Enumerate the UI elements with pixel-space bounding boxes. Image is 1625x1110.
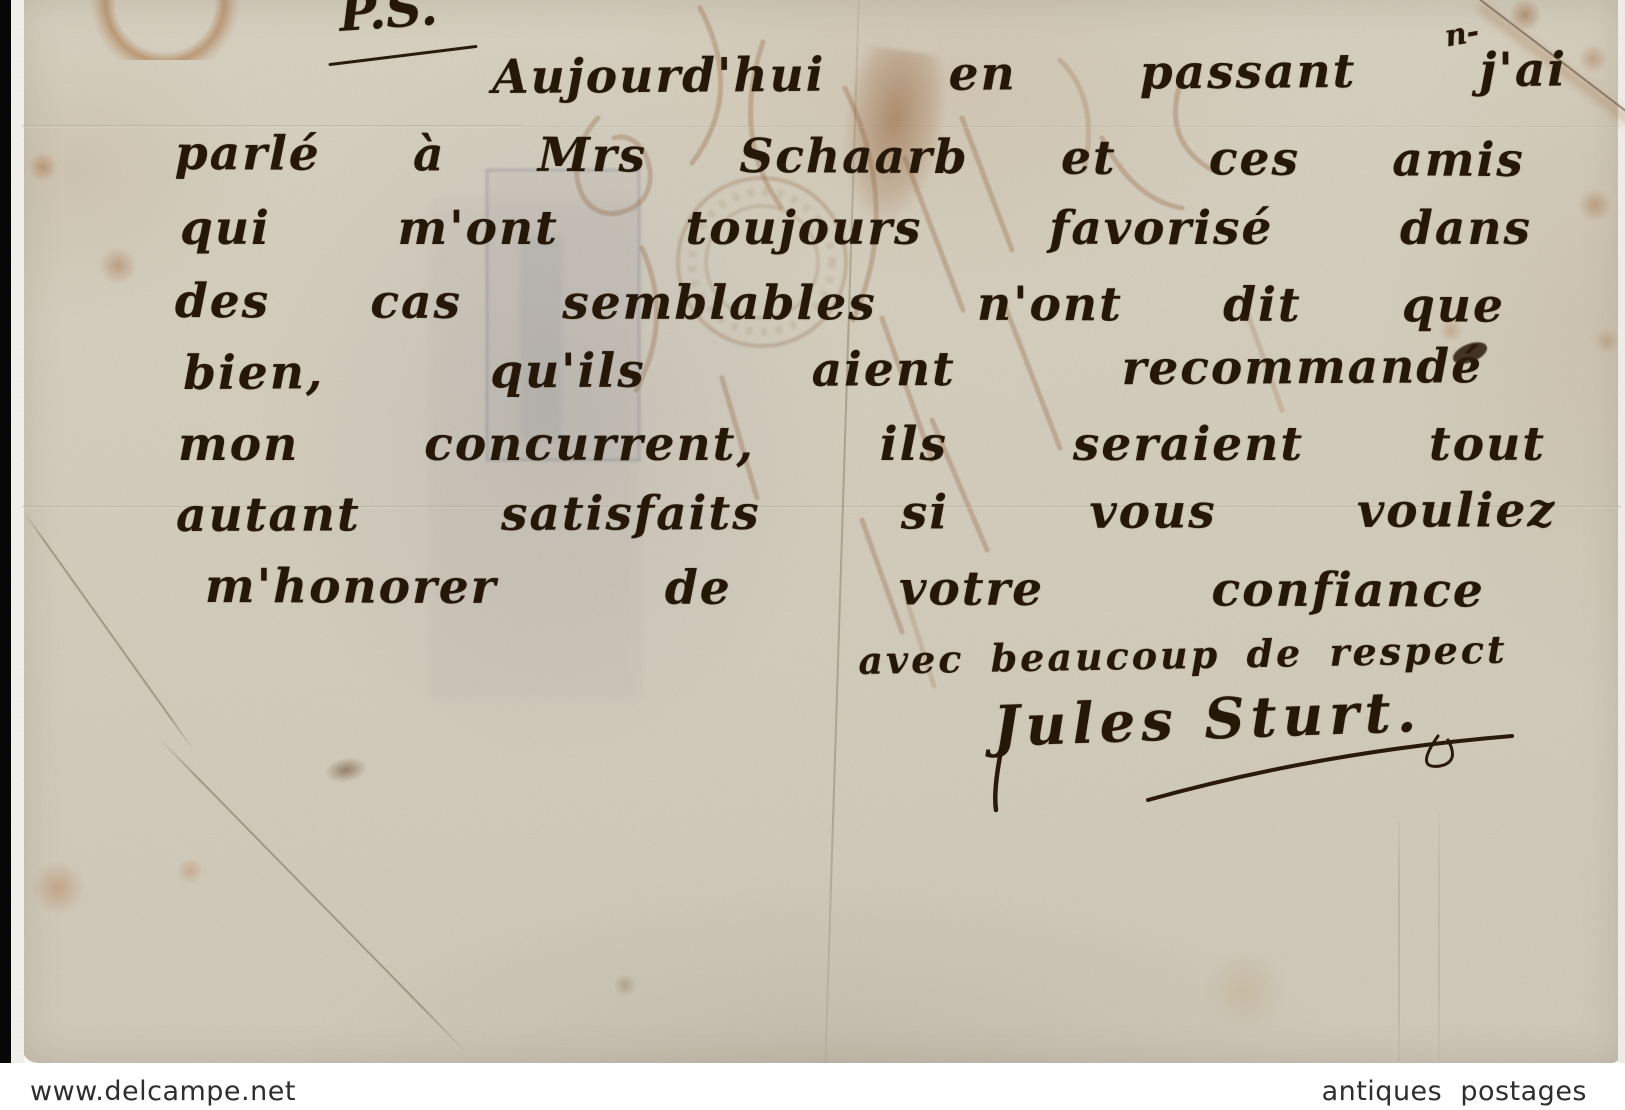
scan-left-margin bbox=[11, 0, 24, 1066]
letter-line-3: qui m'ont toujours favorisé dans bbox=[180, 203, 1532, 255]
scan-right-margin bbox=[1618, 0, 1625, 1063]
letter-line-4: des cas semblables n'ont dit que bbox=[175, 276, 1505, 332]
postscript-heading: P.S. bbox=[337, 0, 439, 43]
letter-line-2: parlé à Mrs Schaarb et ces amis bbox=[175, 128, 1525, 187]
letter-line-5: bien, qu'ils aient recommandé bbox=[183, 341, 1483, 399]
watermark-delcampe: www.delcampe.net bbox=[30, 1076, 296, 1107]
scanned-letter-page: { "letter": { "postscript": "P.S.", "cor… bbox=[0, 0, 1625, 1110]
watermark-antiques-postages: antiques postages bbox=[1322, 1076, 1587, 1107]
scan-edge-bar bbox=[0, 0, 11, 1066]
letter-line-6: mon concurrent, ils seraient tout bbox=[178, 419, 1546, 471]
letter-line-8: m'honorer de votre confiance bbox=[205, 561, 1485, 617]
letter-line-1: Aujourd'hui en passant j'ai bbox=[492, 44, 1567, 103]
letter-line-7: autant satisfaits si vous vouliez bbox=[176, 485, 1556, 542]
